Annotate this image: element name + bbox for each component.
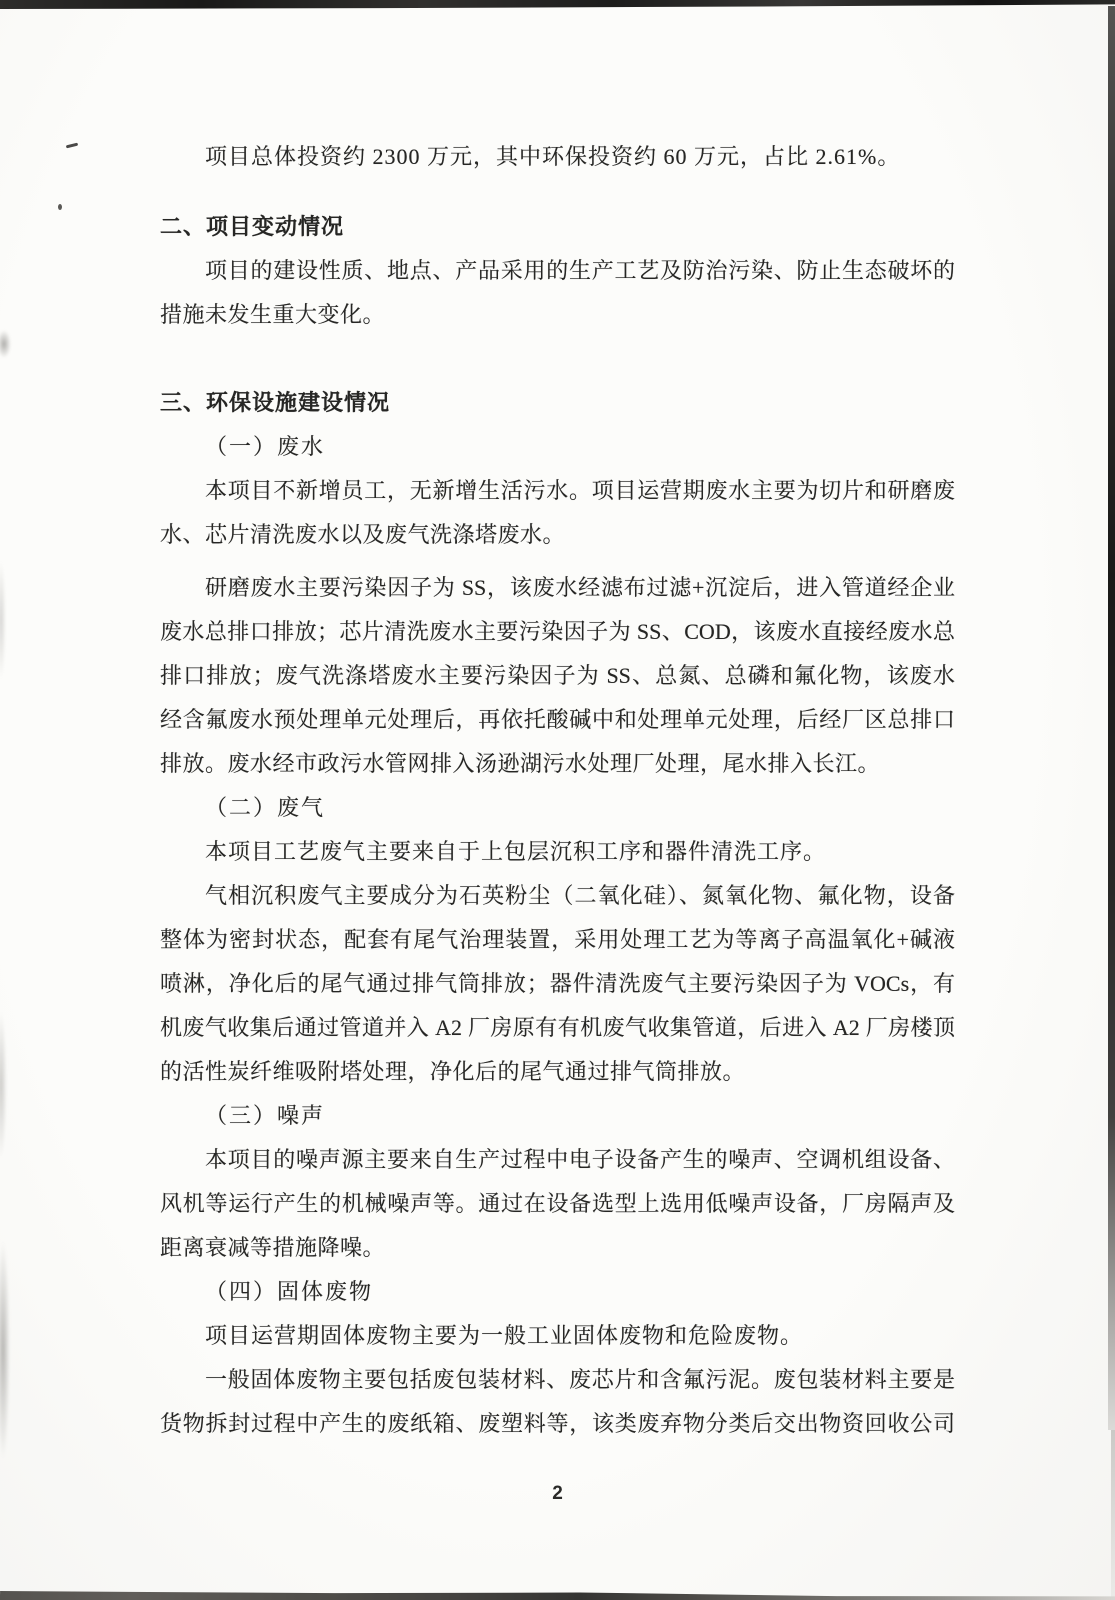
subsection-heading: （三）噪声 — [160, 1094, 955, 1138]
body-text-line: 排放。废水经市政污水管网排入汤逊湖污水处理厂处理，尾水排入长江。 — [160, 742, 955, 786]
body-text-line: 本项目的噪声源主要来自生产过程中电子设备产生的噪声、空调机组设备、 — [160, 1138, 955, 1182]
body-text-line: 风机等运行产生的机械噪声等。通过在设备选型上选用低噪声设备，厂房隔声及 — [160, 1182, 955, 1226]
left-edge-smudge — [0, 330, 11, 358]
body-text-line: 气相沉积废气主要成分为石英粉尘（二氧化硅）、氮氧化物、氟化物，设备 — [160, 874, 955, 918]
scanned-page: 项目总体投资约 2300 万元，其中环保投资约 60 万元，占比 2.61%。二… — [0, 0, 1115, 1600]
page-footer: 2 — [160, 1479, 955, 1509]
body-text-line: 废水总排口排放；芯片清洗废水主要污染因子为 SS、COD，该废水直接经废水总 — [160, 610, 955, 654]
body-text-line: 项目的建设性质、地点、产品采用的生产工艺及防治污染、防止生态破坏的 — [160, 249, 955, 293]
stray-dot-mark — [58, 204, 62, 210]
right-edge-scan-streak — [1108, 6, 1115, 1430]
section-heading: 二、项目变动情况 — [160, 205, 955, 249]
left-edge-smudge — [0, 560, 6, 680]
body-text-line: 本项目不新增员工，无新增生活污水。项目运营期废水主要为切片和研磨废 — [160, 469, 955, 513]
stray-dash-mark — [66, 143, 78, 149]
body-text-line: 研磨废水主要污染因子为 SS，该废水经滤布过滤+沉淀后，进入管道经企业 — [160, 566, 955, 610]
body-text-line: 排口排放；废气洗涤塔废水主要污染因子为 SS、总氮、总磷和氟化物，该废水 — [160, 654, 955, 698]
subsection-heading: （二）废气 — [160, 786, 955, 830]
body-text-line: 一般固体废物主要包括废包装材料、废芯片和含氟污泥。废包装材料主要是 — [160, 1358, 955, 1402]
body-text-line: 项目运营期固体废物主要为一般工业固体废物和危险废物。 — [160, 1314, 955, 1358]
subsection-heading: （四）固体废物 — [160, 1270, 955, 1314]
left-edge-smudge — [0, 1010, 7, 1160]
body-text-line: 整体为密封状态，配套有尾气治理装置，采用处理工艺为等离子高温氧化+碱液 — [160, 918, 955, 962]
body-text-line: 措施未发生重大变化。 — [160, 293, 955, 337]
body-text-line: 喷淋，净化后的尾气通过排气筒排放；器件清洗废气主要污染因子为 VOCs，有 — [160, 962, 955, 1006]
left-edge-smudge — [0, 1240, 10, 1460]
document-body: 项目总体投资约 2300 万元，其中环保投资约 60 万元，占比 2.61%。二… — [160, 0, 955, 1446]
subsection-heading: （一）废水 — [160, 425, 955, 469]
body-text-line: 项目总体投资约 2300 万元，其中环保投资约 60 万元，占比 2.61%。 — [160, 135, 955, 179]
body-text-line: 水、芯片清洗废水以及废气洗涤塔废水。 — [160, 513, 955, 557]
right-edge-scan-streak-faint — [1111, 1430, 1115, 1600]
body-text-line: 本项目工艺废气主要来自于上包层沉积工序和器件清洗工序。 — [160, 830, 955, 874]
body-text-line: 机废气收集后通过管道并入 A2 厂房原有有机废气收集管道，后进入 A2 厂房楼顶 — [160, 1006, 955, 1050]
body-text-line: 距离衰减等措施降噪。 — [160, 1226, 955, 1270]
body-text-line: 货物拆封过程中产生的废纸箱、废塑料等，该类废弃物分类后交出物资回收公司 — [160, 1402, 955, 1446]
section-heading: 三、环保设施建设情况 — [160, 381, 955, 425]
body-text-line: 经含氟废水预处理单元处理后，再依托酸碱中和处理单元处理，后经厂区总排口 — [160, 698, 955, 742]
body-text-line: 的活性炭纤维吸附塔处理，净化后的尾气通过排气筒排放。 — [160, 1050, 955, 1094]
page-number: 2 — [552, 1483, 563, 1504]
bottom-edge-scan-band — [0, 1589, 1115, 1600]
